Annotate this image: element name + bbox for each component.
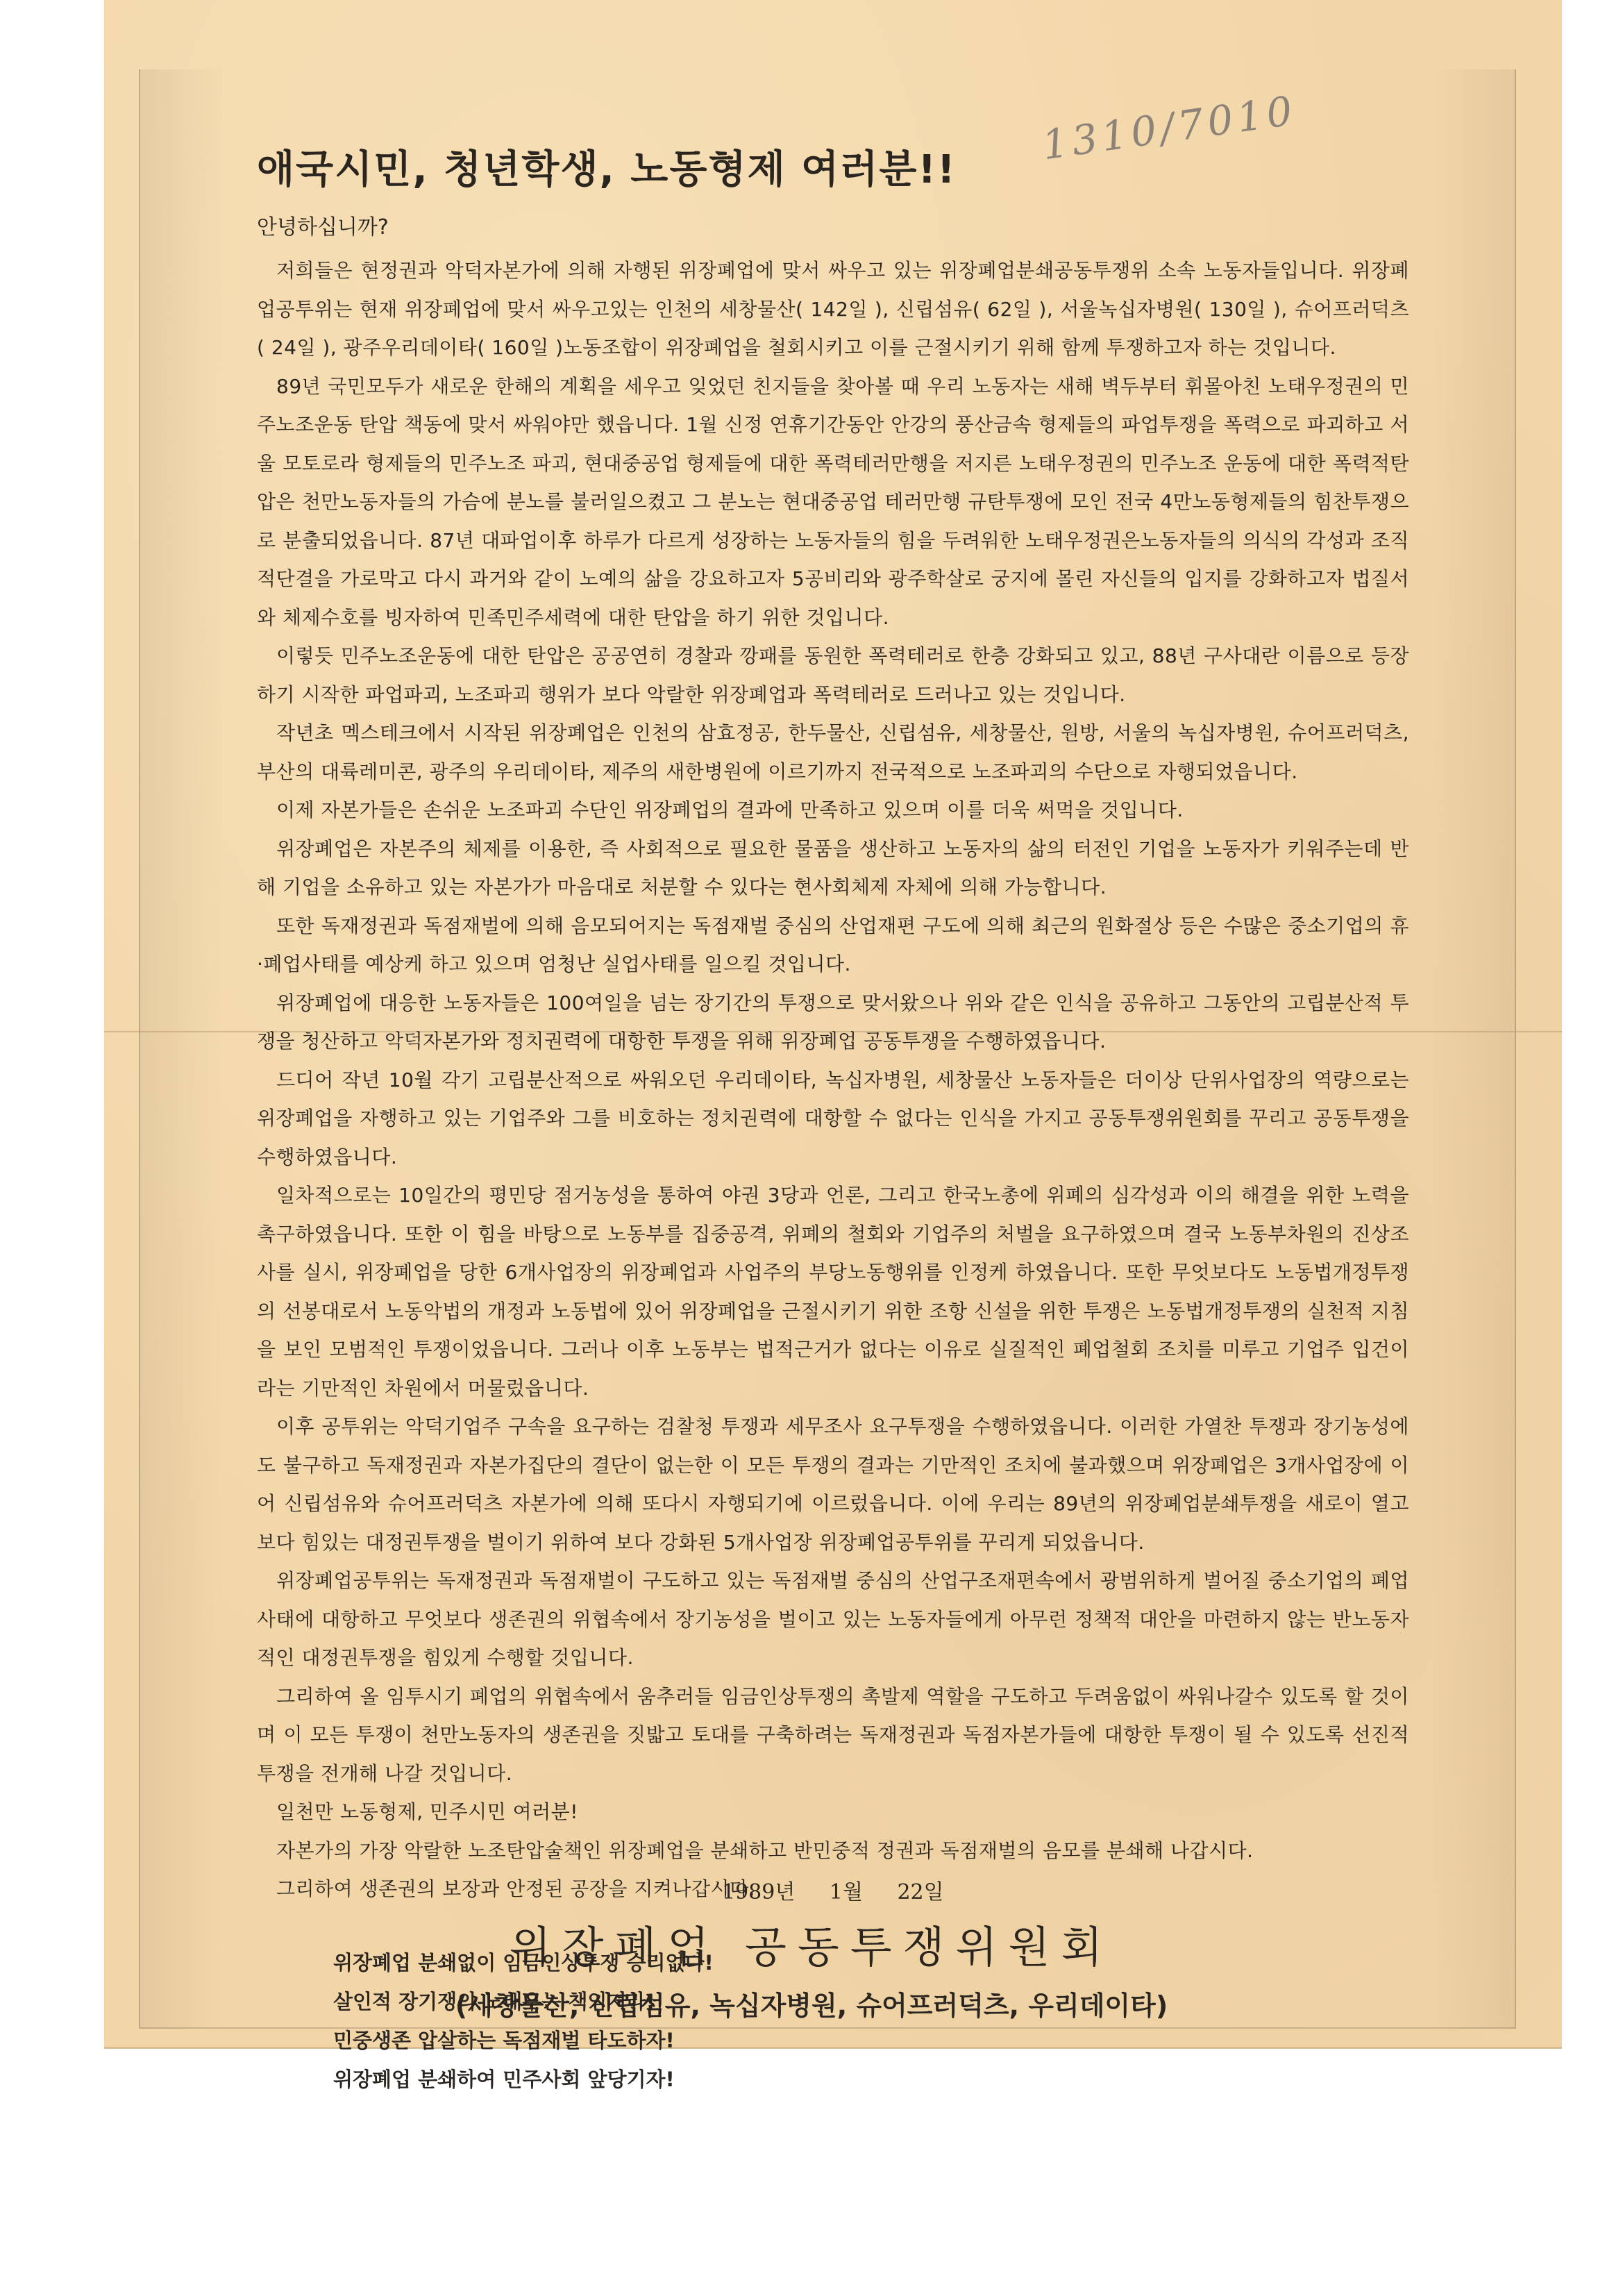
- slogan: 위장폐업 분쇄하여 민주사회 앞당기자!: [333, 2060, 1409, 2099]
- greeting: 안녕하십니까?: [257, 210, 1409, 240]
- body-paragraph: 이후 공투위는 악덕기업주 구속을 요구하는 검찰청 투쟁과 세무조사 요구투쟁…: [257, 1407, 1409, 1561]
- document-title: 애국시민, 청년학생, 노동형제 여러분!!: [257, 139, 1409, 194]
- body-paragraph: 일차적으로는 10일간의 평민당 점거농성을 통하여 야권 3당과 언론, 그리…: [257, 1176, 1409, 1407]
- body-paragraph: 이제 자본가들은 손쉬운 노조파괴 수단인 위장폐업의 결과에 만족하고 있으며…: [257, 791, 1409, 830]
- slogan: 민중생존 압살하는 독점재벌 타도하자!: [333, 2021, 1409, 2060]
- document-content: 애국시민, 청년학생, 노동형제 여러분!! 안녕하십니까? 저희들은 현정권과…: [257, 139, 1409, 2099]
- body-paragraph: 이렇듯 민주노조운동에 대한 탄압은 공공연히 경찰과 깡패를 동원한 폭력테러…: [257, 637, 1409, 714]
- organization-name: 위장폐업 공동투쟁위원회: [0, 1913, 1623, 1975]
- document-date: 1989년 1월 22일: [722, 1875, 944, 1905]
- organization-members: (세창물산, 신립섬유, 녹십자병원, 슈어프러덕츠, 우리데이타): [0, 1984, 1623, 2022]
- body-paragraph: 일천만 노동형제, 민주시민 여러분!: [257, 1793, 1409, 1832]
- body-paragraph: 또한 독재정권과 독점재벌에 의해 음모되어지는 독점재벌 중심의 산업재편 구…: [257, 907, 1409, 984]
- body-paragraph: 저희들은 현정권과 악덕자본가에 의해 자행된 위장폐업에 맞서 싸우고 있는 …: [257, 251, 1409, 367]
- body-paragraph: 그리하여 올 임투시기 폐업의 위협속에서 움추러들 임금인상투쟁의 촉발제 역…: [257, 1677, 1409, 1793]
- body-paragraph: 위장폐업은 자본주의 체제를 이용한, 즉 사회적으로 필요한 물품을 생산하고…: [257, 830, 1409, 907]
- body-paragraph: 드디어 작년 10월 각기 고립분산적으로 싸워오던 우리데이타, 녹십자병원,…: [257, 1061, 1409, 1177]
- body-paragraphs: 저희들은 현정권과 악덕자본가에 의해 자행된 위장폐업에 맞서 싸우고 있는 …: [257, 251, 1409, 1909]
- body-paragraph: 작년초 멕스테크에서 시작된 위장폐업은 인천의 삼효정공, 한두물산, 신립섬…: [257, 714, 1409, 791]
- body-paragraph: 위장폐업공투위는 독재정권과 독점재벌이 구도하고 있는 독점재벌 중심의 산업…: [257, 1561, 1409, 1677]
- body-paragraph: 위장폐업에 대응한 노동자들은 100여일을 넘는 장기간의 투쟁으로 맞서왔으…: [257, 984, 1409, 1061]
- body-paragraph: 89년 국민모두가 새로운 한해의 계획을 세우고 잊었던 친지들을 찾아볼 때…: [257, 367, 1409, 637]
- body-paragraph: 자본가의 가장 악랄한 노조탄압술책인 위장폐업을 분쇄하고 반민중적 정권과 …: [257, 1832, 1409, 1870]
